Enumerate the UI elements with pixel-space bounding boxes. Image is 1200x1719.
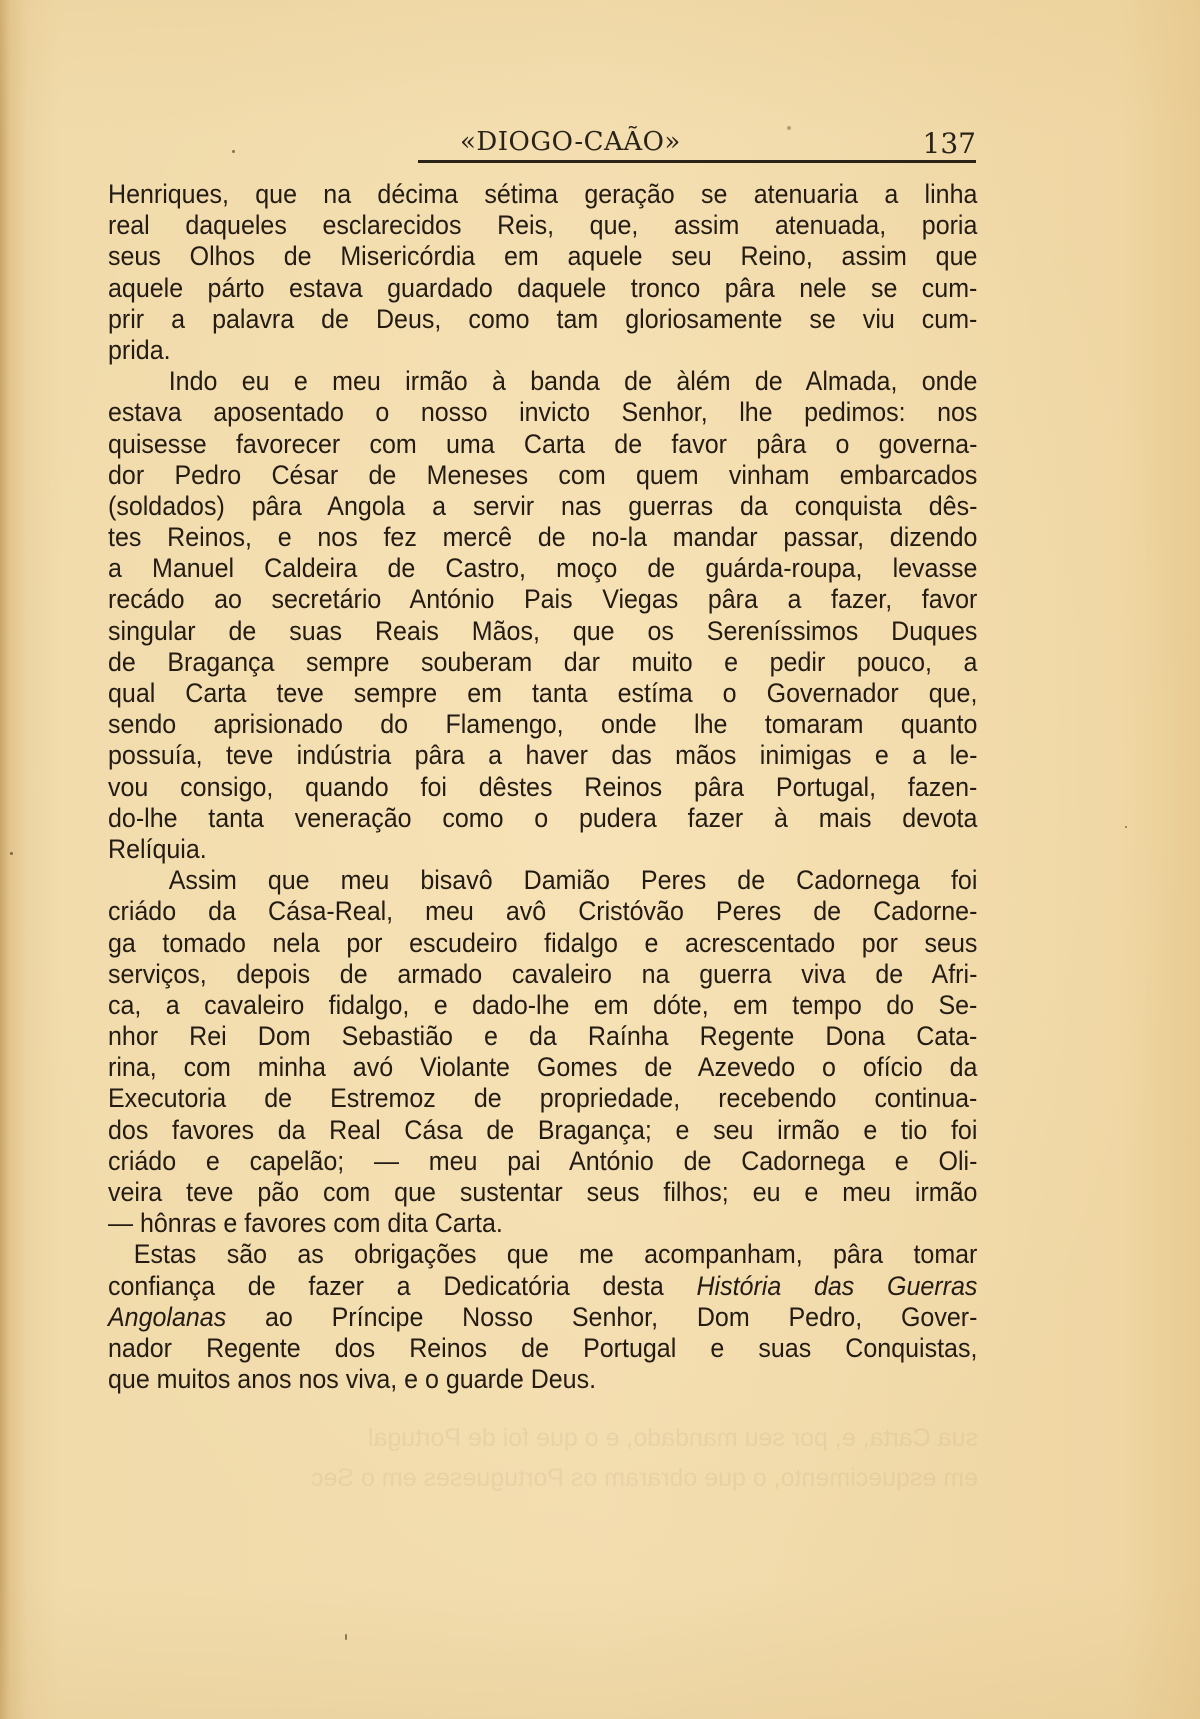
text-line: seus Olhos de Misericórdia em aquele seu… [108,240,977,271]
text-line: sendo aprisionado do Flamengo, onde lhe … [108,708,977,739]
show-through-line: em esquecimento, o que obraram os Portug… [108,1458,978,1498]
text-line: prida. [108,334,977,365]
text-line: dor Pedro César de Meneses com quem vinh… [108,459,977,490]
text-line: Henriques, que na décima sétima geração … [108,178,977,209]
text-line: serviços, depois de armado cavaleiro na … [108,958,977,989]
text-line: aquele párto estava guardado daquele tro… [108,272,977,303]
text-line: veira teve pão com que sustentar seus fi… [108,1176,977,1207]
paragraph-1: Henriques, que na décima sétima geração … [108,178,908,365]
text-line: Relíquia. [108,833,977,864]
text-line: de Bragança sempre souberam dar muito e … [108,646,977,677]
text-line: vou consigo, quando foi dêstes Reinos pâ… [108,771,977,802]
book-title-italic: História das Guerras [696,1270,977,1301]
running-header: «DIOGO-CAÃO» 137 [418,116,976,163]
paragraph-2: Indo eu e meu irmão à banda de àlém de A… [108,365,908,864]
text-run: confiança de fazer a Dedicatória desta [108,1270,696,1301]
paragraph-3: Assim que meu bisavô Damião Peres de Cad… [108,864,908,1238]
running-title: «DIOGO-CAÃO» [460,127,681,157]
text-line: quisesse favorecer com uma Carta de favo… [108,428,977,459]
text-line: (soldados) pâra Angola a servir nas guer… [108,490,977,521]
book-title-italic: Angolanas [108,1301,226,1332]
paragraph-4: Estas são as obrigações que me acompanha… [108,1238,908,1394]
paper-speck [10,852,13,855]
text-line: Executoria de Estremoz de propriedade, r… [108,1082,977,1113]
text-line: a Manuel Caldeira de Castro, moço de guá… [108,552,977,583]
text-line: nhor Rei Dom Sebastião e da Raínha Regen… [108,1020,977,1051]
text-line: criádo da Cása-Real, meu avô Cristóvão P… [108,895,977,926]
book-page: «DIOGO-CAÃO» 137 Henriques, que na décim… [0,0,1200,1719]
text-line: ga tomado nela por escudeiro fidalgo e a… [108,927,977,958]
page-number: 137 [923,127,976,160]
text-line: nador Regente dos Reinos de Portugal e s… [108,1332,977,1363]
text-line: singular de suas Reais Mãos, que os Sere… [108,615,977,646]
show-through-line: sua Carta, e, por seu mandado, e o que f… [108,1418,978,1458]
body-text: Henriques, que na décima sétima geração … [108,178,908,1394]
text-line: criádo e capelão; — meu pai António de C… [108,1145,977,1176]
text-line: estava aposentado o nosso invicto Senhor… [108,396,977,427]
text-line: tes Reinos, e nos fez mercê de no-la man… [108,521,977,552]
text-line: real daqueles esclarecidos Reis, que, as… [108,209,977,240]
text-line: qual Carta teve sempre em tanta estíma o… [108,677,977,708]
text-line: dos favores da Real Cása de Bragança; e … [108,1114,977,1145]
text-line: ca, a cavaleiro fidalgo, e dado-lhe em d… [108,989,977,1020]
paper-speck [232,150,235,153]
text-line: — hônras e favores com dita Carta. [108,1207,977,1238]
text-line: possuía, teve indústria pâra a haver das… [108,739,977,770]
text-line: rina, com minha avó Violante Gomes de Az… [108,1051,977,1082]
paper-speck [1125,826,1127,828]
text-line: recádo ao secretário António Pais Viegas… [108,583,977,614]
show-through-text: sua Carta, e, por seu mandado, e o que f… [108,1418,978,1498]
text-run: ao Príncipe Nosso Senhor, Dom Pedro, Gov… [226,1301,977,1332]
text-line: que muitos anos nos viva, e o guarde Deu… [108,1363,977,1394]
text-line: prir a palavra de Deus, como tam glorios… [108,303,977,334]
text-line: confiança de fazer a Dedicatória desta H… [108,1270,977,1301]
text-line: Indo eu e meu irmão à banda de àlém de A… [108,365,977,396]
text-line: do-lhe tanta veneração como o pudera faz… [108,802,977,833]
paper-speck [787,126,791,130]
text-line: Angolanas ao Príncipe Nosso Senhor, Dom … [108,1301,977,1332]
text-line: Estas são as obrigações que me acompanha… [108,1238,977,1269]
paper-speck [345,1634,347,1640]
text-line: Assim que meu bisavô Damião Peres de Cad… [108,864,977,895]
